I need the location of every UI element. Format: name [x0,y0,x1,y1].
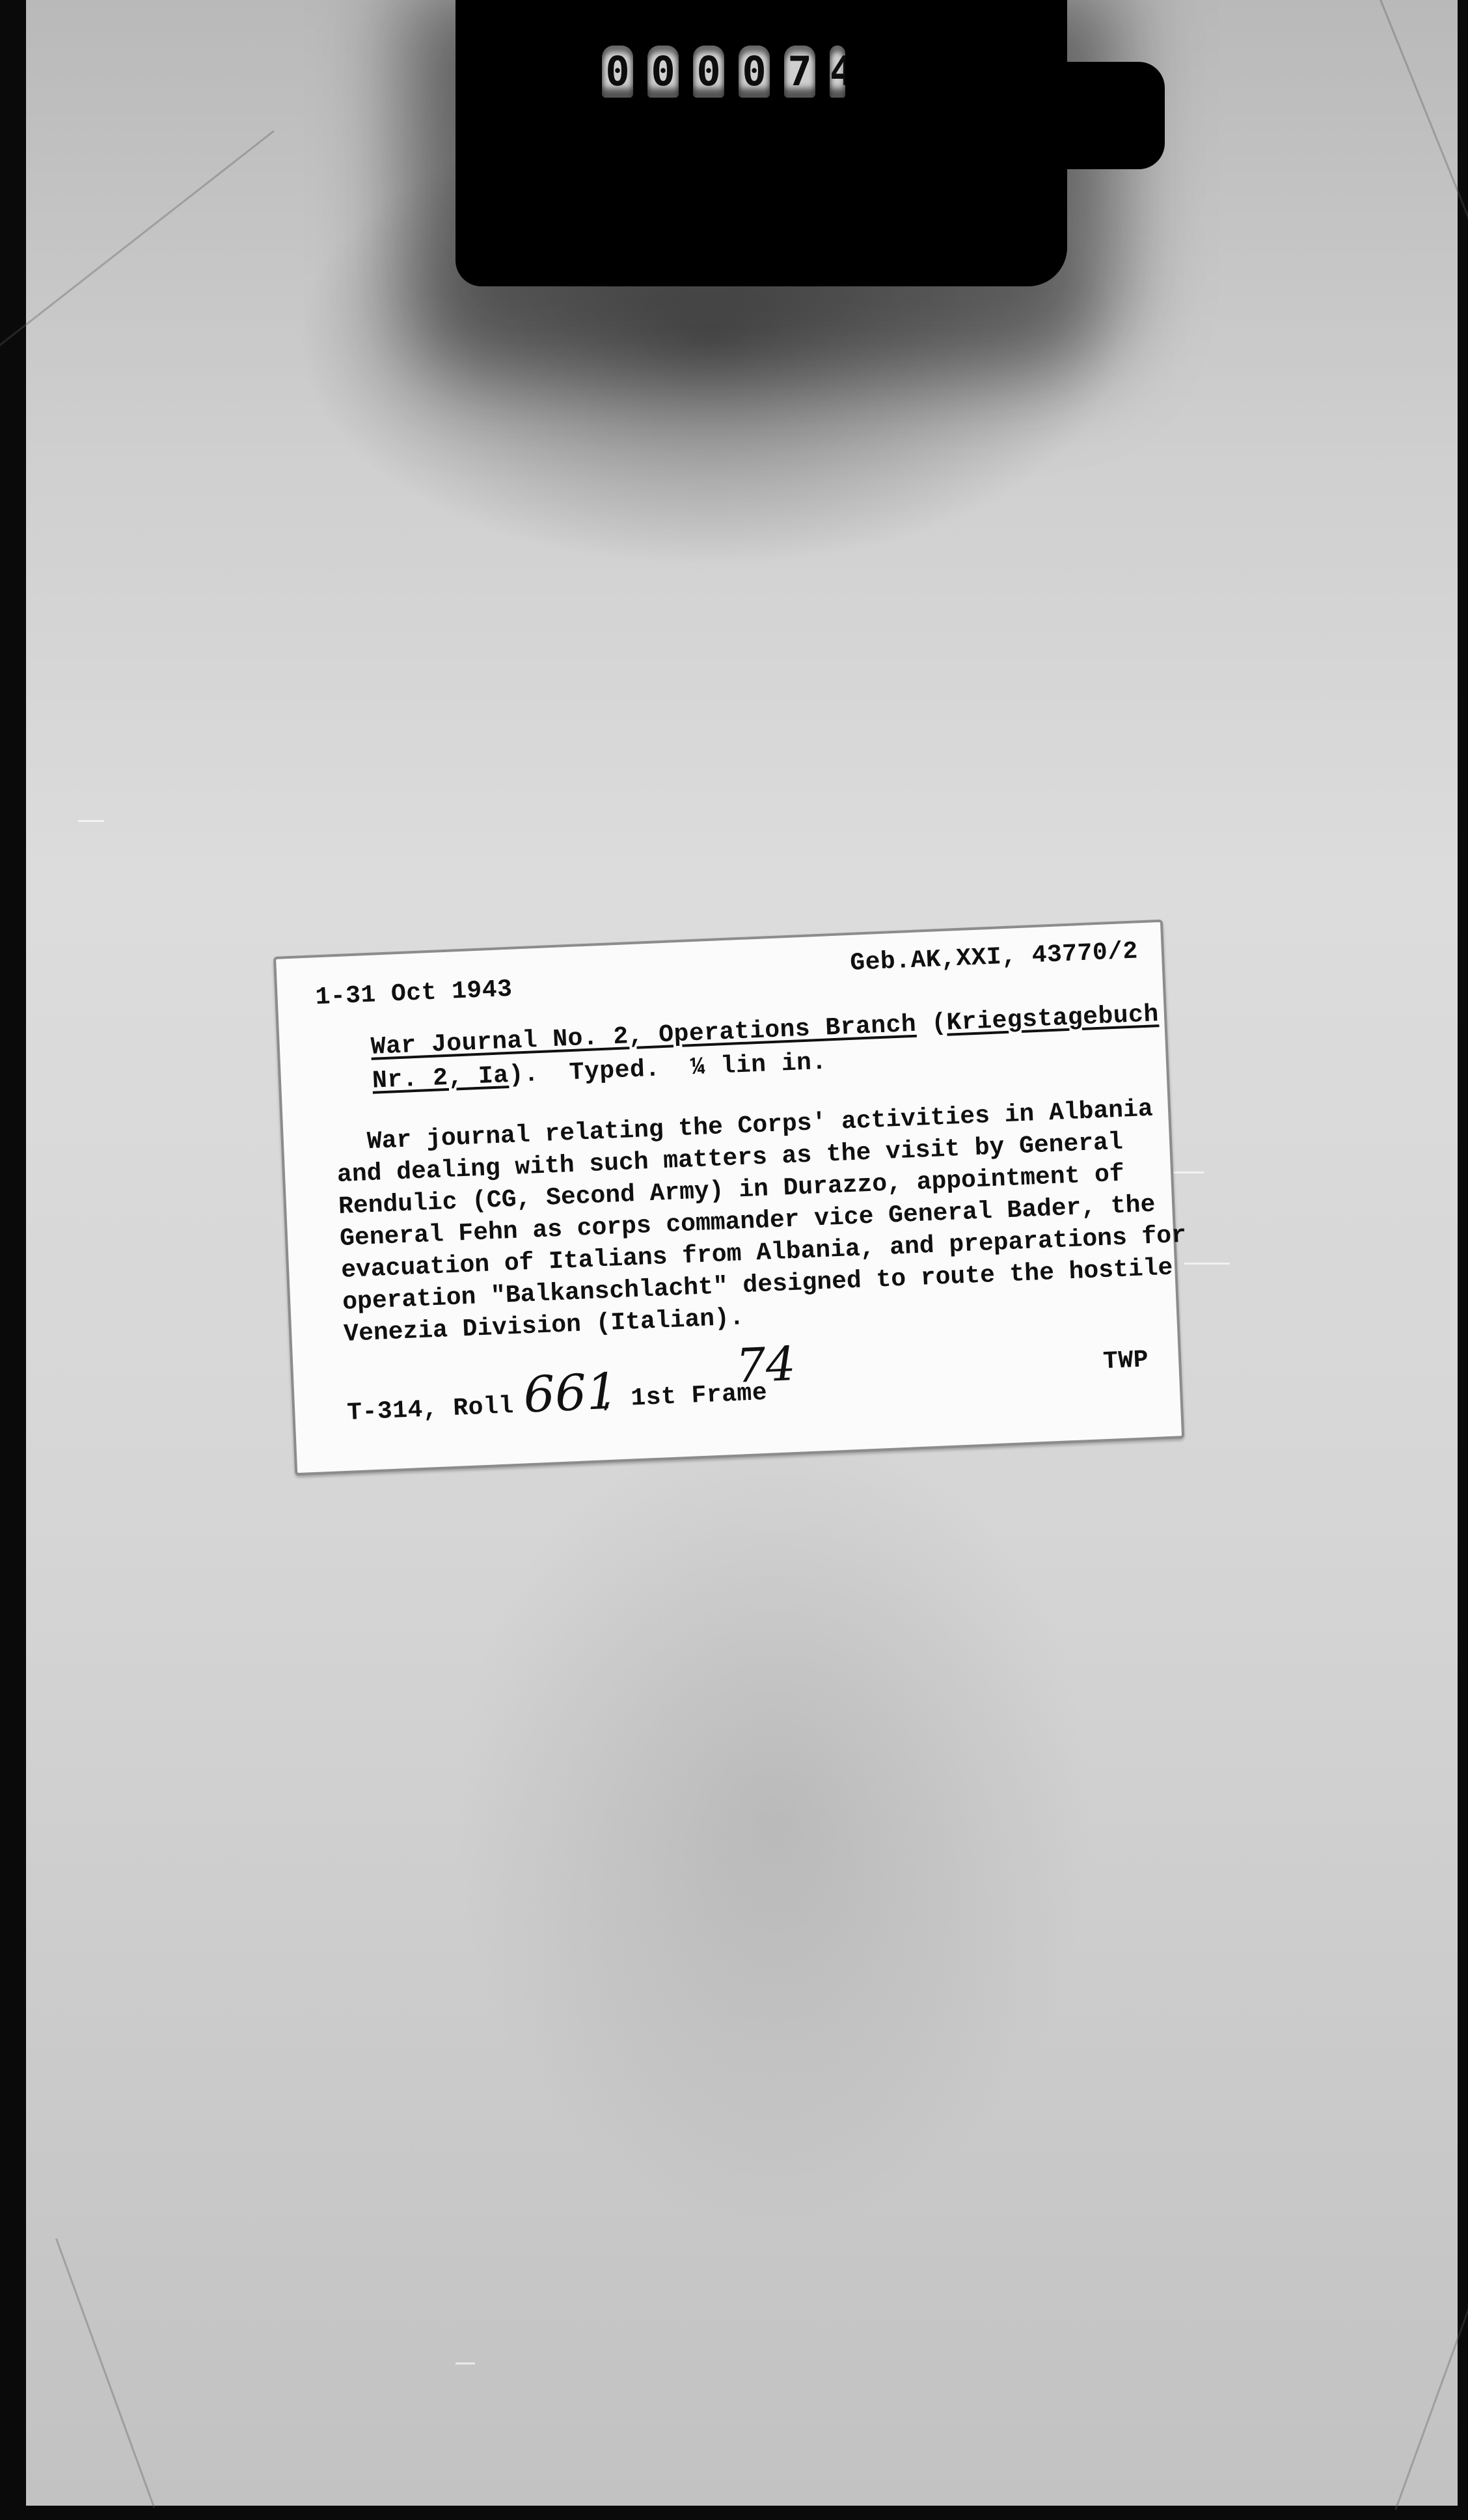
card-description: War journal relating the Corps' activiti… [335,1093,1163,1350]
card-format-note: ). Typed. ¼ lin in. [508,1048,828,1089]
frame-counter-digit: 4 [830,46,845,98]
frame-counter-digit: 0 [602,46,633,98]
dust-speck [1171,1171,1204,1173]
sheet-fold-line [55,2238,155,2508]
card-date-range: 1-31 Oct 1943 [315,976,513,1012]
dust-speck [78,820,104,822]
sheet-fold-line [1394,2265,1468,2510]
index-card: 1-31 Oct 1943 Geb.AK,XXI, 43770/2 War Jo… [273,920,1184,1476]
frame-counter-knob [1041,62,1165,169]
dust-speck [455,2362,475,2364]
card-title-english: War Journal No. 2, Operations Branch [370,1011,917,1061]
card-series-roll-label: T-314, Roll [347,1392,515,1427]
sheet-fold-line [1380,0,1468,543]
card-title-paren: ( [916,1009,947,1039]
frame-counter-digit: 0 [739,46,770,98]
card-title-german: Kriegstagebuch [946,1000,1160,1037]
sheet-fold-line [0,130,275,356]
frame-counter-device [455,0,1067,286]
card-title-german-cont: Nr. 2, Ia [372,1061,509,1095]
card-first-frame-handwritten: 74 [735,1336,796,1393]
dust-speck [1184,1263,1230,1265]
frame-counter-digits: 0 0 0 0 7 4 [602,46,845,98]
card-initials: TWP [1102,1346,1149,1376]
frame-counter-digit: 0 [647,46,679,98]
card-call-number: Geb.AK,XXI, 43770/2 [850,937,1139,978]
frame-counter-digit: 0 [693,46,724,98]
frame-counter-digit: 7 [784,46,815,98]
